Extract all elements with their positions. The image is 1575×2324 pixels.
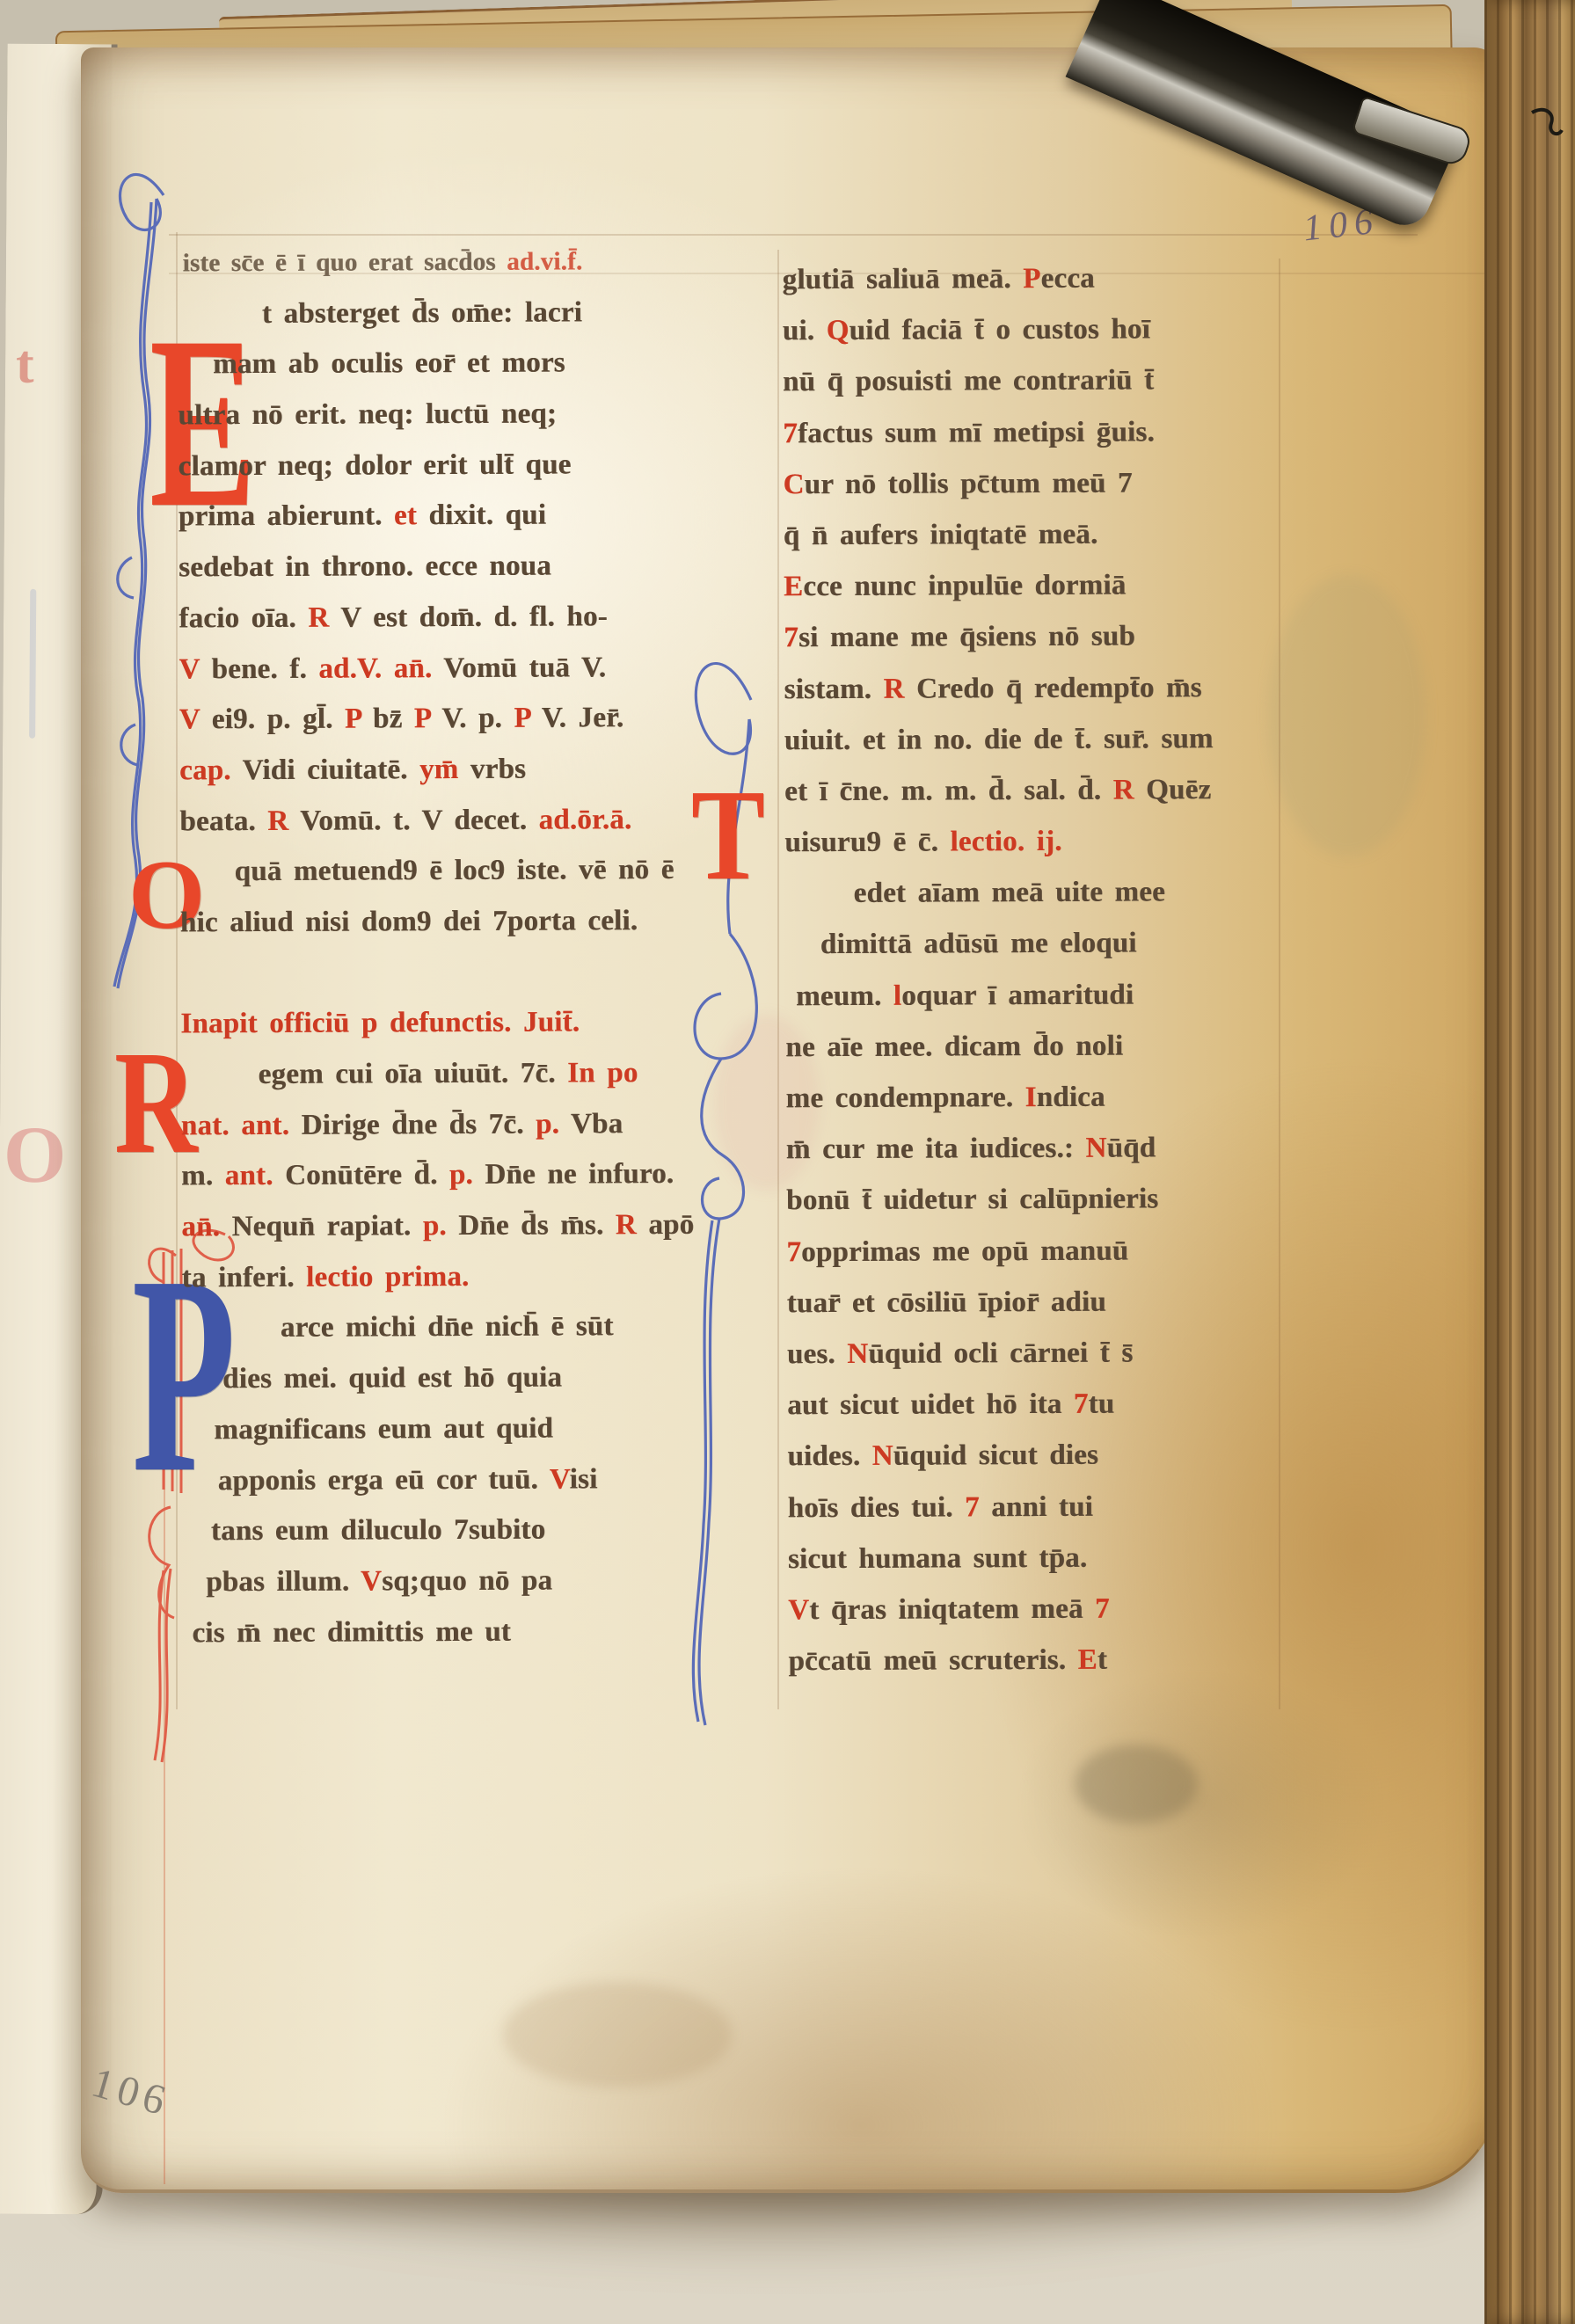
text-line: 7opprimas me opū manuū <box>786 1224 1296 1278</box>
column-left: iste sc̄e ē ī quo erat sacd̄os ad.vi.f̄.… <box>177 237 746 1659</box>
text-line: prima abierunt. et dixit. qui <box>179 490 741 543</box>
text-line: ui. Quid faciā t̄ o custos hoī <box>783 303 1293 357</box>
text-line: cap. Vidi ciuitatē. ym̄ vrbs <box>179 743 742 796</box>
text-line: ues. Nūquid ocli cārnei t̄ s̄ <box>787 1327 1297 1381</box>
text-line: quā metuend9 ē loc9 iste. vē nō ē <box>179 845 742 898</box>
ink-mark <box>1528 104 1564 144</box>
text-line: bonū t̄ uidetur si calūpnieris <box>786 1173 1296 1227</box>
column-right: glutiā saliuā meā. Peccaui. Quid faciā t… <box>782 252 1298 1687</box>
text-line <box>180 946 743 999</box>
text-line: clamor neq; dolor erit ult̄ que <box>178 439 740 492</box>
text-line: Cur nō tollis pc̄tum meū 7 <box>783 456 1293 510</box>
text-line: apponis erga eū cor tuū. Visi <box>183 1453 746 1506</box>
parchment-stain <box>503 1982 732 2087</box>
text-line: ne aīe mee. dicam d̄o noli <box>785 1020 1295 1074</box>
text-line: magnificans eum aut quid <box>182 1402 745 1455</box>
text-line: me condempnare. Indica <box>786 1071 1296 1125</box>
text-line: Vt q̄ras iniqtatem meā 7 <box>788 1583 1298 1636</box>
text-line: hoīs dies tui. 7 anni tui <box>788 1480 1298 1534</box>
text-line: mam ab oculis eor̄ et mors <box>178 338 740 390</box>
text-line: nū q̄ posuisti me contrariū t̄ <box>783 354 1293 408</box>
text-line: hic aliud nisi dom9 dei 7porta celi. <box>180 896 743 949</box>
text-line: sistam. R Credo q̄ redempt̄o m̄s <box>784 661 1294 715</box>
text-line: dimittā adūsū me eloqui <box>785 917 1295 971</box>
showthrough-text <box>29 589 36 739</box>
text-line: tans eum diluculo 7subito <box>183 1504 746 1557</box>
text-line: Ecce nunc inpulūe dormiā <box>784 559 1294 613</box>
text-line: meum. loquar ī amaritudi <box>785 968 1295 1022</box>
text-line: aut sicut uidet hō ita 7tu <box>787 1378 1297 1432</box>
text-line: V bene. f. ad.V. an̄. Vomū tuā V. <box>179 642 741 695</box>
text-line: pc̄catū meū scruteris. Et <box>788 1634 1298 1687</box>
text-line: arce michi dn̄e nich̄ ē sūt <box>182 1301 745 1354</box>
text-line: V ei9. p. gl̄. P bz̄ P V. p. P V. Jer̄. <box>179 693 742 746</box>
text-line: et ī c̄ne. m. m. d̄. sal. d̄. R Quēz <box>784 764 1294 818</box>
showthrough-text: O <box>3 1108 66 1201</box>
text-line: dies mei. quid est hō quia <box>182 1352 745 1405</box>
text-line: 7factus sum mī metipsi ḡuis. <box>783 405 1293 459</box>
text-line: ultra nō erit. neq: luctū neq; <box>178 389 740 441</box>
manuscript-photo: t O <box>0 0 1575 2324</box>
fore-edge-page-stack <box>1484 0 1575 2324</box>
text-line: tuar̄ et cōsiliū īpior̄ adiu <box>787 1275 1297 1329</box>
text-line: facio oīa. R V est dom̄. d. fl. ho- <box>179 591 741 644</box>
text-line: Inapit officiū p defunctis. Juit̄. <box>180 997 743 1050</box>
text-line: beata. R Vomū. t. V decet. ad.ōr.ā. <box>179 794 742 847</box>
text-line: cis m̄ nec dimittis me ut <box>183 1606 746 1658</box>
text-line: m̄ cur me ita iudices.: Nūq̄d <box>786 1122 1296 1176</box>
text-line: 7si mane me q̄siens nō sub <box>784 610 1294 664</box>
text-line: uisuru9 ē c̄. lectio. ij. <box>784 815 1294 869</box>
text-line: sedebat in throno. ecce noua <box>179 541 741 594</box>
text-line: ta inferi. lectio prima. <box>182 1250 745 1303</box>
text-line: t absterget d̄s om̄e: lacri <box>178 287 740 339</box>
showthrough-text: t <box>16 334 34 397</box>
manuscript-page: E O R P T iste sc̄e ē ī quo erat sacd̄os… <box>81 47 1500 2193</box>
text-line: uides. Nūquid sicut dies <box>787 1429 1297 1483</box>
text-line: glutiā saliuā meā. Pecca <box>782 252 1292 306</box>
text-line: iste sc̄e ē ī quo erat sacd̄os ad.vi.f̄. <box>177 237 740 289</box>
text-line: edet aīam meā uite mee <box>784 866 1294 920</box>
text-line: q̄ n̄ aufers iniqtatē meā. <box>784 508 1294 562</box>
text-line: nat. ant. Dirige d̄ne d̄s 7c̄. p. Vba <box>181 1098 744 1151</box>
text-line: sicut humana sunt tp̄a. <box>788 1531 1298 1585</box>
text-line: pbas illum. Vsq;quo nō pa <box>183 1555 746 1607</box>
text-line: m. ant. Conūtēre d̄. p. Dn̄e ne infuro. <box>181 1149 744 1202</box>
parchment-stain <box>1075 1745 1198 1824</box>
ruling-line <box>169 234 1418 236</box>
text-line: an̄. Nequn̄ rapiat. p. Dn̄e d̄s m̄s. R a… <box>181 1200 744 1253</box>
text-line: egem cui oīa uiuūt. 7c̄. In po <box>181 1048 744 1101</box>
text-line: uiuit. et in no. die de t̄. sur̄. sum <box>784 712 1294 766</box>
